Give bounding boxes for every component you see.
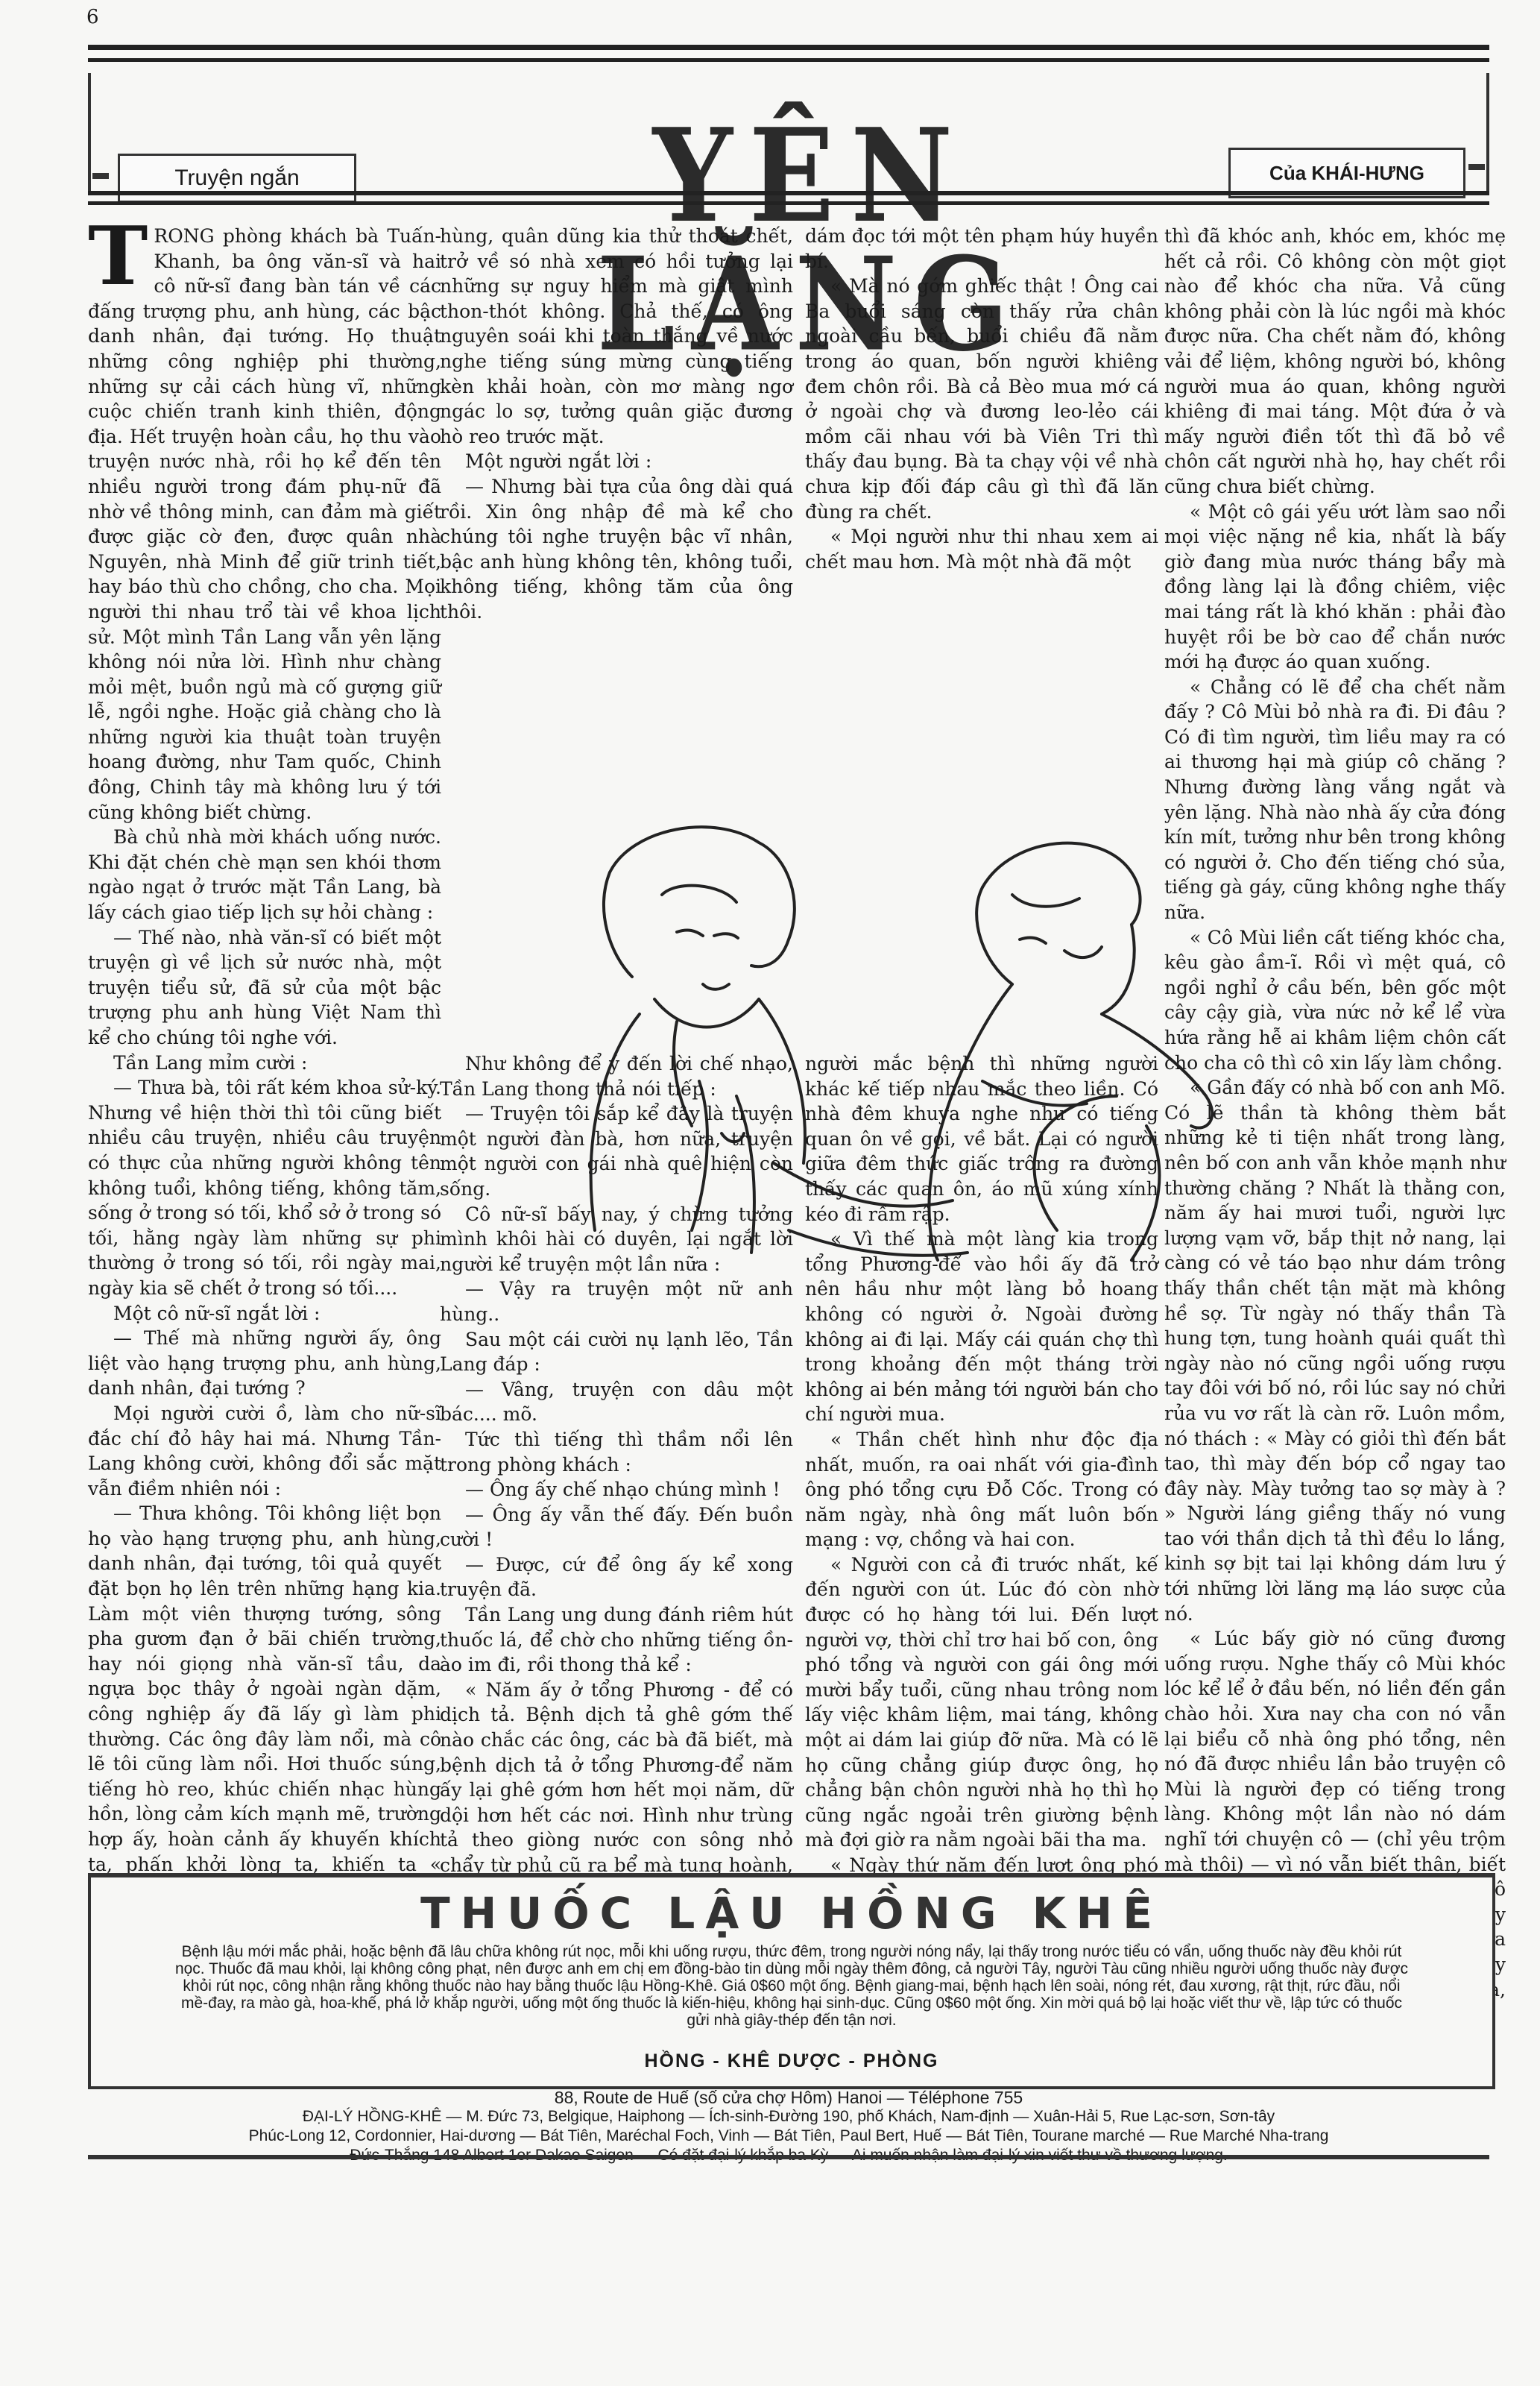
column-2-top: hùng, quân dũng kia thử thoát chết, trở … — [440, 224, 793, 625]
ad-bottom-rule — [88, 2155, 1489, 2159]
column-3-bottom: người mắc bệnh thì những người khác kế t… — [805, 1051, 1158, 1953]
paragraph: Tần Lang mỉm cười : — [88, 1051, 441, 1076]
paragraph: Bà chủ nhà mời khách uống nước. Khi đặt … — [88, 825, 441, 925]
page-number: 6 — [86, 6, 99, 28]
byline-text: Của KHÁI-HƯNG — [1269, 162, 1424, 185]
section-label-text: Truyện ngắn — [174, 166, 299, 191]
ad-title: THUỐC LẬU HỒNG KHÊ — [91, 1888, 1492, 1939]
story-body: TRONG phòng khách bà Tuấn-Khanh, ba ông … — [88, 224, 1489, 1842]
ad-company: HỒNG - KHÊ DƯỢC - PHÒNG — [91, 2050, 1492, 2072]
column-1: TRONG phòng khách bà Tuấn-Khanh, ba ông … — [88, 224, 441, 1952]
paragraph: thì đã khóc anh, khóc em, khóc mẹ hết cả… — [1164, 224, 1506, 500]
paragraph: — Truyện tôi sắp kể đây là truyện một ng… — [440, 1101, 793, 1201]
paragraph: Mọi người cười ồ, làm cho nữ-sĩ đắc chí … — [88, 1401, 441, 1501]
paragraph: — Được, cứ để ông ấy kể xong truyện đã. — [440, 1552, 793, 1602]
paragraph: — Vậy ra truyện một nữ anh hùng.. — [440, 1277, 793, 1326]
paragraph: người mắc bệnh thì những người khác kế t… — [805, 1051, 1158, 1227]
paragraph: TRONG phòng khách bà Tuấn-Khanh, ba ông … — [88, 224, 441, 825]
paragraph: « Năm ấy ở tổng Phương - để có dịch tả. … — [440, 1678, 793, 1903]
paragraph: Sau một cái cười nụ lạnh lẽo, Tần Lang đ… — [440, 1327, 793, 1377]
paragraph: Tức thì tiếng thì thầm nổi lên trong phò… — [440, 1427, 793, 1477]
section-label: Truyện ngắn — [118, 154, 356, 203]
paragraph: « Thần chết hình như độc địa nhất, muốn,… — [805, 1427, 1158, 1552]
rule-top — [88, 45, 1489, 50]
paragraph: hùng, quân dũng kia thử thoát chết, trở … — [440, 224, 793, 449]
paragraph: dám đọc tới một tên phạm húy huyền bí. — [805, 224, 1158, 274]
paragraph: « Mọi người như thi nhau xem ai chết mau… — [805, 524, 1158, 574]
story-header: Truyện ngắn YÊN LẶNG Của KHÁI-HƯNG — [88, 45, 1489, 203]
column-3-top: dám đọc tới một tên phạm húy huyền bí. «… — [805, 224, 1158, 574]
paragraph: « Vì thế mà một làng kia trong tổng Phươ… — [805, 1227, 1158, 1427]
rule-bottom — [88, 191, 1489, 195]
paragraph: Một người ngắt lời : — [440, 449, 793, 474]
paragraph: « Người con cả đi trước nhất, kế đến ngư… — [805, 1552, 1158, 1853]
paragraph: — Thưa bà, tôi rất kém khoa sử-ký. Nhưng… — [88, 1075, 441, 1300]
advertisement-box: THUỐC LẬU HỒNG KHÊ Bệnh lậu mới mắc phải… — [88, 1873, 1495, 2089]
paragraph: — Thế mà những người ấy, ông liệt vào hạ… — [88, 1326, 441, 1401]
ad-body: Bệnh lậu mới mắc phải, hoặc bệnh đã lâu … — [173, 1943, 1410, 2029]
paragraph: — Ông ấy vẫn thế đấy. Đến buồn cười ! — [440, 1502, 793, 1552]
rule-top-inner — [88, 58, 1489, 62]
ad-footer: 88, Route de Huế (số cửa chợ Hôm) Hanoi … — [88, 2088, 1489, 2165]
ad-address: 88, Route de Huế (số cửa chợ Hôm) Hanoi … — [88, 2088, 1489, 2107]
paragraph: — Nhưng bài tựa của ông dài quá rồi. Xin… — [440, 474, 793, 625]
ornament-left — [92, 173, 109, 179]
ornament-right — [1468, 164, 1485, 170]
column-2-bottom: Như không để ý đến lời chế nhạo, Tần Lan… — [440, 1051, 793, 1978]
rule-bottom-outer — [88, 201, 1489, 205]
paragraph: Cô nữ-sĩ bấy nay, ý chừng tưởng mình khô… — [440, 1202, 793, 1277]
paragraph: Như không để ý đến lời chế nhạo, Tần Lan… — [440, 1051, 793, 1101]
paragraph: « Mà nó gớm ghiếc thật ! Ông cai Ba buổi… — [805, 274, 1158, 524]
ad-agents-line: Phúc-Long 12, Cordonnier, Hai-dương — Bá… — [88, 2127, 1489, 2146]
ad-agents-line: ĐẠI-LÝ HỒNG-KHÊ — M. Đức 73, Belgique, H… — [88, 2107, 1489, 2127]
paragraph: — Ông ấy chế nhạo chúng mình ! — [440, 1477, 793, 1502]
paragraph: — Vâng, truyện con dâu một bác.... mõ. — [440, 1377, 793, 1427]
drop-cap: T — [88, 227, 148, 286]
paragraph: — Thế nào, nhà văn-sĩ có biết một truyện… — [88, 925, 441, 1051]
paragraph-text: RONG phòng khách bà Tuấn-Khanh, ba ông v… — [88, 225, 441, 823]
paragraph: Một cô nữ-sĩ ngắt lời : — [88, 1301, 441, 1326]
paragraph: Tần Lang ung dung đánh riêm hút thuốc lá… — [440, 1602, 793, 1678]
paragraph: « Một cô gái yếu ướt làm sao nổi mọi việ… — [1164, 500, 1506, 675]
